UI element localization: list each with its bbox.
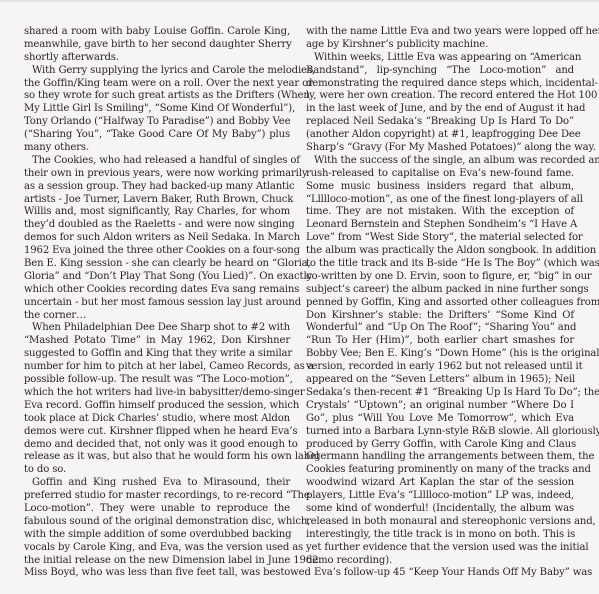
text-line: Some music business insiders regard that… — [306, 181, 574, 194]
text-line: shortly afterwards. — [24, 52, 290, 65]
text-line: Sedaka’s then-recent #1 “Breaking Up Is … — [306, 387, 574, 400]
text-line: Love” from “West Side Story”, the materi… — [306, 232, 574, 245]
text-line: rush-released to capitalise on Eva’s new… — [306, 168, 574, 181]
text-line: with the name Little Eva and two years w… — [306, 26, 574, 39]
text-line: co-written by one D. Ervin, soon to figu… — [306, 271, 574, 284]
text-line: Bandstand”, lip-synching “The Loco-motio… — [306, 65, 574, 78]
text-line: Bobby Vee; Ben E. King’s “Down Home” (hi… — [306, 348, 574, 361]
text-line: demo recording). — [306, 555, 574, 568]
text-line: which other Cookies recording dates Eva … — [24, 284, 290, 297]
text-line: time. They are not mistaken. With the ex… — [306, 206, 574, 219]
text-line: Cookies featuring prominently on many of… — [306, 464, 574, 477]
text-line: in the last week of June, and by the end… — [306, 103, 574, 116]
text-line: “Run To Her (Him)”, both earlier chart s… — [306, 335, 574, 348]
text-line: Goffin and King rushed Eva to Mirasound,… — [24, 477, 290, 490]
text-line: possible follow-up. The result was “The … — [24, 374, 290, 387]
text-line: “Llllloco-motion”, as one of the finest … — [306, 194, 574, 207]
text-line: they’d doubled as the Raeletts - and wer… — [24, 219, 290, 232]
text-line: demos for such Aldon writers as Neil Sed… — [24, 232, 290, 245]
text-line: woodwind wizard Art Kaplan the star of t… — [306, 477, 574, 490]
text-line: Eva record. Goffin himself produced the … — [24, 400, 290, 413]
text-line: as a session group. They had backed-up m… — [24, 181, 290, 194]
text-line: Ben E. King session - she can clearly be… — [24, 258, 290, 271]
text-line: With Gerry supplying the lyrics and Caro… — [24, 65, 290, 78]
text-line: Miss Boyd, who was less than five feet t… — [24, 567, 290, 580]
text-line: their own in previous years, were now wo… — [24, 168, 290, 181]
text-line: artists - Joe Turner, Lavern Baker, Ruth… — [24, 194, 290, 207]
text-line: uncertain - but her most famous session … — [24, 297, 290, 310]
text-line: Leonard Bernstein and Stephen Sondheim’s… — [306, 219, 574, 232]
text-line: shared a room with baby Louise Goffin. C… — [24, 26, 290, 39]
text-line: Willis and, most significantly, Ray Char… — [24, 206, 290, 219]
text-line: Gloria” and “Don’t Play That Song (You L… — [24, 271, 290, 284]
text-line: Loco-motion”. They were unable to reprod… — [24, 503, 290, 516]
text-line: preferred studio for master recordings, … — [24, 490, 290, 503]
text-line: yet further evidence that the version us… — [306, 542, 574, 555]
text-line: When Philadelphian Dee Dee Sharp shot to… — [24, 322, 290, 335]
text-line: appeared on the “Seven Letters” album in… — [306, 374, 574, 387]
text-line: which the hot writers had live-in babysi… — [24, 387, 290, 400]
text-line: the corner… — [24, 310, 290, 323]
text-line: replaced Neil Sedaka’s “Breaking Up Is H… — [306, 116, 574, 129]
text-line: took place at Dick Charles’ studio, wher… — [24, 413, 290, 426]
page-top-edge — [0, 0, 599, 3]
text-line: demo and decided that, not only was it g… — [24, 439, 290, 452]
text-line: “Mashed Potato Time” in May 1962, Don Ki… — [24, 335, 290, 348]
text-line: version, recorded in early 1962 but not … — [306, 361, 574, 374]
left-text-column: shared a room with baby Louise Goffin. C… — [24, 26, 290, 580]
text-line: vocals by Carole King, and Eva, was the … — [24, 542, 290, 555]
text-line: Tony Orlando (“Halfway To Paradise”) and… — [24, 116, 290, 129]
text-line: The Cookies, who had released a handful … — [24, 155, 290, 168]
text-line: Ogermann handling the arrangements betwe… — [306, 451, 574, 464]
text-line: meanwhile, gave birth to her second daug… — [24, 39, 290, 52]
text-line: the initial release on the new Dimension… — [24, 555, 290, 568]
text-line: many others. — [24, 142, 290, 155]
text-line: Wonderful” and “Up On The Roof”; “Sharin… — [306, 322, 574, 335]
text-line: age by Kirshner’s publicity machine. — [306, 39, 574, 52]
text-line: to the title track and its B-side “He Is… — [306, 258, 574, 271]
text-line: Within weeks, Little Eva was appearing o… — [306, 52, 574, 65]
text-line: players, Little Eva’s “Llllloco-motion” … — [306, 490, 574, 503]
text-line: interestingly, the title track is in mon… — [306, 529, 574, 542]
text-line: (another Aldon copyright) at #1, leapfro… — [306, 129, 574, 142]
text-line: suggested to Goffin and King that they w… — [24, 348, 290, 361]
text-line: number for him to pitch at her label, Ca… — [24, 361, 290, 374]
right-text-column: with the name Little Eva and two years w… — [306, 26, 574, 580]
text-line: turned into a Barbara Lynn-style R&B slo… — [306, 426, 574, 439]
text-line: penned by Goffin, King and assorted othe… — [306, 297, 574, 310]
text-line: subject’s career) the album packed in ni… — [306, 284, 574, 297]
text-line: fabulous sound of the original demonstra… — [24, 516, 290, 529]
text-line: the album was practically the Aldon song… — [306, 245, 574, 258]
text-line: Sharp’s “Gravy (For My Mashed Potatoes)”… — [306, 142, 574, 155]
text-line: With the success of the single, an album… — [306, 155, 574, 168]
text-line: My Little Girl Is Smiling", “Some Kind O… — [24, 103, 290, 116]
text-line: to do so. — [24, 464, 290, 477]
text-line: release as it was, but also that he woul… — [24, 451, 290, 464]
text-line: the Goffin/King team were on a roll. Ove… — [24, 78, 290, 91]
text-line: Crystals’ “Uptown”; an original number “… — [306, 400, 574, 413]
text-line: ly, were her own creation. The record en… — [306, 90, 574, 103]
text-line: Eva’s follow-up 45 “Keep Your Hands Off … — [306, 567, 574, 580]
text-line: produced by Gerry Goffin, with Carole Ki… — [306, 439, 574, 452]
text-line: 1962 Eva joined the three other Cookies … — [24, 245, 290, 258]
text-line: Go”, plus “Will You Love Me Tomorrow”, w… — [306, 413, 574, 426]
text-line: demos were cut. Kirshner flipped when he… — [24, 426, 290, 439]
text-line: released in both monaural and stereophon… — [306, 516, 574, 529]
text-line: demonstrating the required dance steps w… — [306, 78, 574, 91]
text-line: Don Kirshner’s stable: the Drifters’ “So… — [306, 310, 574, 323]
text-line: some kind of wonderful! (Incidentally, t… — [306, 503, 574, 516]
text-line: (“Sharing You”, “Take Good Care Of My Ba… — [24, 129, 290, 142]
text-line: with the simple addition of some overdub… — [24, 529, 290, 542]
text-line: so they wrote for such great artists as … — [24, 90, 290, 103]
